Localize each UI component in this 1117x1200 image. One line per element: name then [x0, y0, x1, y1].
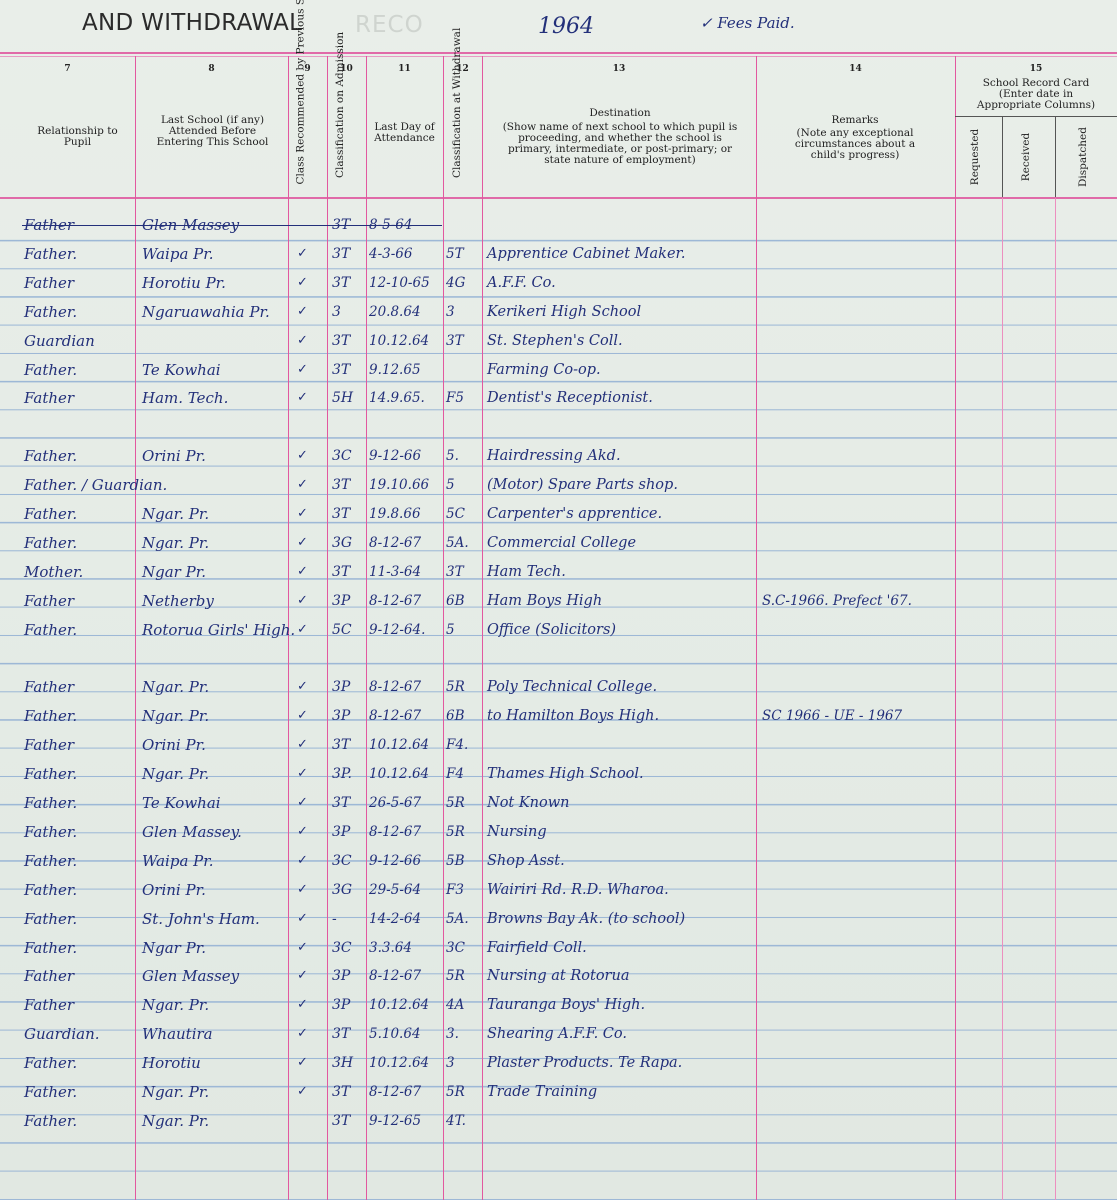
- table-row: Father. St. John's Ham. ✓ - 14-2-64 5A. …: [0, 905, 1117, 933]
- last-day-cell: 10.12.64: [369, 1049, 429, 1077]
- withdrawal-class-cell: 5R: [446, 962, 465, 990]
- class-recommended-check: ✓: [297, 731, 308, 759]
- last-day-cell: 29-5-64: [369, 876, 421, 904]
- admission-class-cell: 3G: [332, 529, 352, 557]
- admission-class-cell: 3C: [332, 934, 352, 962]
- relationship-cell: Father.: [24, 356, 77, 384]
- admission-class-cell: 3P: [332, 962, 350, 990]
- class-recommended-check: ✓: [297, 876, 308, 904]
- relationship-cell: Father.: [24, 702, 77, 730]
- withdrawal-class-cell: 6B: [446, 702, 465, 730]
- withdrawal-class-cell: 5: [446, 471, 455, 499]
- class-recommended-check: ✓: [297, 934, 308, 962]
- class-recommended-check: ✓: [297, 760, 308, 788]
- class-recommended-check: ✓: [297, 240, 308, 268]
- last-day-cell: 8-12-67: [369, 1078, 421, 1106]
- admission-class-cell: 3H: [332, 1049, 353, 1077]
- withdrawal-class-cell: 4G: [446, 269, 465, 297]
- remarks-cell: SC 1966 - UE - 1967: [762, 702, 902, 730]
- last-school-cell: Ngar. Pr.: [142, 702, 209, 730]
- class-recommended-check: ✓: [297, 962, 308, 990]
- last-school-cell: Te Kowhai: [142, 789, 221, 817]
- last-school-cell: Orini Pr.: [142, 442, 206, 470]
- admission-class-cell: 3C: [332, 442, 352, 470]
- header-classification-withdrawal: Classification at Withdrawal: [452, 86, 476, 178]
- relationship-cell: Father: [24, 587, 74, 615]
- last-school-cell: Ngar. Pr.: [142, 991, 209, 1019]
- last-day-cell: 8-12-67: [369, 673, 421, 701]
- destination-cell: Browns Bay Ak. (to school): [487, 905, 685, 933]
- admission-class-cell: 3: [332, 298, 341, 326]
- admission-class-cell: 3C: [332, 847, 352, 875]
- withdrawal-class-cell: 3T: [446, 558, 464, 586]
- header-dispatched: Dispatched: [1078, 122, 1092, 192]
- class-recommended-check: ✓: [297, 905, 308, 933]
- table-row: Father. Horotiu ✓ 3H 10.12.64 3 Plaster …: [0, 1049, 1117, 1077]
- admission-class-cell: 3P: [332, 587, 350, 615]
- withdrawal-class-cell: 3C: [446, 934, 465, 962]
- withdrawal-class-cell: 5C: [446, 500, 465, 528]
- admission-class-cell: 3T: [332, 500, 350, 528]
- withdrawal-class-cell: 5R: [446, 1078, 465, 1106]
- relationship-cell: Father: [24, 384, 74, 412]
- record-card-subdivider: [1002, 117, 1003, 197]
- last-day-cell: 26-5-67: [369, 789, 421, 817]
- destination-cell: Commercial College: [487, 529, 636, 557]
- last-school-cell: Waipa Pr.: [142, 847, 214, 875]
- relationship-cell: Father.: [24, 818, 77, 846]
- admission-class-cell: 3T: [332, 269, 350, 297]
- last-school-cell: Orini Pr.: [142, 731, 206, 759]
- remarks-cell: S.C-1966. Prefect '67.: [762, 587, 912, 615]
- last-school-cell: Ngaruawahia Pr.: [142, 298, 270, 326]
- last-day-cell: 19.10.66: [369, 471, 429, 499]
- admission-class-cell: 3T: [332, 558, 350, 586]
- destination-cell: Farming Co-op.: [487, 356, 601, 384]
- last-school-cell: Glen Massey.: [142, 818, 242, 846]
- relationship-cell: Father.: [24, 847, 77, 875]
- withdrawal-class-cell: 6B: [446, 587, 465, 615]
- table-row: Father. Waipa Pr. ✓ 3C 9-12-66 5B Shop A…: [0, 847, 1117, 875]
- admission-class-cell: 3P: [332, 702, 350, 730]
- last-school-cell: Ham. Tech.: [142, 384, 228, 412]
- last-school-cell: St. John's Ham.: [142, 905, 260, 933]
- class-recommended-check: ✓: [297, 702, 308, 730]
- last-school-cell: Orini Pr.: [142, 876, 206, 904]
- class-recommended-check: ✓: [297, 991, 308, 1019]
- table-row: Father. Ngaruawahia Pr. ✓ 3 20.8.64 3 Ke…: [0, 298, 1117, 326]
- destination-cell: Ham Tech.: [487, 558, 566, 586]
- header-top-rule-2: [0, 56, 1117, 57]
- admission-class-cell: 3T: [332, 1107, 350, 1135]
- column-number-7: 7: [0, 64, 135, 74]
- ledger-page: AND WITHDRAWAL RECO 1964 ✓ Fees Paid. 7 …: [0, 0, 1117, 1200]
- destination-cell: Office (Solicitors): [487, 616, 616, 644]
- last-day-cell: 3.3.64: [369, 934, 412, 962]
- header-class-recommended: Class Recommended by Previous School: [296, 80, 320, 185]
- table-row: Father Horotiu Pr. ✓ 3T 12-10-65 4G A.F.…: [0, 269, 1117, 297]
- table-row: Father. Waipa Pr. ✓ 3T 4-3-66 5T Apprent…: [0, 240, 1117, 268]
- year-note: 1964: [538, 14, 594, 39]
- relationship-cell: Guardian: [24, 327, 95, 355]
- withdrawal-class-cell: 4T.: [446, 1107, 466, 1135]
- withdrawal-class-cell: F4.: [446, 731, 468, 759]
- relationship-cell: Father: [24, 269, 74, 297]
- record-card-subdivider: [1055, 117, 1056, 197]
- header-remarks: Remarks: [780, 115, 930, 126]
- last-school-cell: Ngar. Pr.: [142, 1078, 209, 1106]
- last-day-cell: 11-3-64: [369, 558, 421, 586]
- last-school-cell: Ngar Pr.: [142, 558, 206, 586]
- destination-cell: Shop Asst.: [487, 847, 565, 875]
- relationship-cell: Mother.: [24, 558, 83, 586]
- relationship-cell: Father.: [24, 240, 77, 268]
- class-recommended-check: ✓: [297, 500, 308, 528]
- last-day-cell: 8-12-67: [369, 962, 421, 990]
- last-school-cell: Ngar Pr.: [142, 934, 206, 962]
- destination-cell: Hairdressing Akd.: [487, 442, 621, 470]
- header-relationship: Relationship to Pupil: [35, 126, 120, 148]
- class-recommended-check: ✓: [297, 1049, 308, 1077]
- table-row: Guardian. Whautira ✓ 3T 5.10.64 3. Shear…: [0, 1020, 1117, 1048]
- table-row: Father Ngar. Pr. ✓ 3P 10.12.64 4A Tauran…: [0, 991, 1117, 1019]
- destination-cell: A.F.F. Co.: [487, 269, 556, 297]
- table-row: Father. Rotorua Girls' High. ✓ 5C 9-12-6…: [0, 616, 1117, 644]
- admission-class-cell: 3T: [332, 471, 350, 499]
- table-row: Father Ngar. Pr. ✓ 3P 8-12-67 5R Poly Te…: [0, 673, 1117, 701]
- withdrawal-class-cell: 5T: [446, 240, 464, 268]
- withdrawal-class-cell: 3: [446, 298, 455, 326]
- class-recommended-check: ✓: [297, 847, 308, 875]
- destination-cell: St. Stephen's Coll.: [487, 327, 623, 355]
- header-last-school: Last School (if any) Attended Before Ent…: [155, 115, 270, 148]
- destination-cell: Ham Boys High: [487, 587, 602, 615]
- withdrawal-class-cell: 4A: [446, 991, 464, 1019]
- admission-class-cell: 3G: [332, 876, 352, 904]
- class-recommended-check: ✓: [297, 616, 308, 644]
- admission-class-cell: 3P: [332, 818, 350, 846]
- destination-cell: Poly Technical College.: [487, 673, 657, 701]
- withdrawal-class-cell: 5R: [446, 789, 465, 817]
- table-row: Father. Orini Pr. ✓ 3C 9-12-66 5. Hairdr…: [0, 442, 1117, 470]
- header-bottom-rule: [0, 197, 1117, 199]
- table-row: Father. / Guardian. ✓ 3T 19.10.66 5 (Mot…: [0, 471, 1117, 499]
- admission-class-cell: 3T: [332, 731, 350, 759]
- last-day-cell: 19.8.66: [369, 500, 421, 528]
- class-recommended-check: ✓: [297, 327, 308, 355]
- column-number-10: 10: [327, 64, 366, 74]
- destination-cell: Kerikeri High School: [487, 298, 641, 326]
- class-recommended-check: ✓: [297, 356, 308, 384]
- relationship-cell: Guardian.: [24, 1020, 100, 1048]
- table-row: Father Ham. Tech. ✓ 5H 14.9.65. F5 Denti…: [0, 384, 1117, 412]
- bleed-through-title: RECO: [355, 12, 424, 38]
- destination-cell: Dentist's Receptionist.: [487, 384, 653, 412]
- last-school-cell: Whautira: [142, 1020, 213, 1048]
- destination-cell: Nursing: [487, 818, 547, 846]
- table-row: Father Glen Massey ✓ 3P 8-12-67 5R Nursi…: [0, 962, 1117, 990]
- last-day-cell: 8-12-67: [369, 587, 421, 615]
- last-day-cell: 10.12.64: [369, 991, 429, 1019]
- admission-class-cell: 5H: [332, 384, 353, 412]
- last-school-cell: Ngar. Pr.: [142, 673, 209, 701]
- last-school-cell: Horotiu Pr.: [142, 269, 226, 297]
- table-row: Father. Ngar. Pr. ✓ 3T 19.8.66 5C Carpen…: [0, 500, 1117, 528]
- column-number-8: 8: [135, 64, 288, 74]
- relationship-cell: Father. / Guardian.: [24, 471, 167, 499]
- header-destination-note: (Show name of next school to which pupil…: [495, 122, 745, 166]
- class-recommended-check: ✓: [297, 298, 308, 326]
- destination-cell: Nursing at Rotorua: [487, 962, 629, 990]
- relationship-cell: Father.: [24, 1107, 77, 1135]
- class-recommended-check: ✓: [297, 673, 308, 701]
- relationship-cell: Father: [24, 962, 74, 990]
- relationship-cell: Father.: [24, 500, 77, 528]
- destination-cell: Trade Training: [487, 1078, 597, 1106]
- destination-cell: Not Known: [487, 789, 570, 817]
- withdrawal-class-cell: F4: [446, 760, 464, 788]
- class-recommended-check: ✓: [297, 471, 308, 499]
- column-number-13: 13: [482, 64, 756, 74]
- table-row: Father. Orini Pr. ✓ 3G 29-5-64 F3 Wairir…: [0, 876, 1117, 904]
- column-number-14: 14: [756, 64, 955, 74]
- admission-class-cell: -: [332, 905, 337, 933]
- destination-cell: Thames High School.: [487, 760, 644, 788]
- withdrawal-class-cell: 3: [446, 1049, 455, 1077]
- header-last-day: Last Day of Attendance: [372, 122, 437, 144]
- table-row: Father. Ngar. Pr. ✓ 3G 8-12-67 5A. Comme…: [0, 529, 1117, 557]
- class-recommended-check: ✓: [297, 558, 308, 586]
- last-day-cell: 5.10.64: [369, 1020, 421, 1048]
- destination-cell: (Motor) Spare Parts shop.: [487, 471, 678, 499]
- record-card-subheader-rule: [955, 116, 1117, 117]
- relationship-cell: Father.: [24, 298, 77, 326]
- relationship-cell: Father.: [24, 876, 77, 904]
- withdrawal-class-cell: 5R: [446, 673, 465, 701]
- table-row: Father. Te Kowhai ✓ 3T 9.12.65 Farming C…: [0, 356, 1117, 384]
- class-recommended-check: ✓: [297, 442, 308, 470]
- table-row: Father. Ngar. Pr. ✓ 3T 8-12-67 5R Trade …: [0, 1078, 1117, 1106]
- admission-class-cell: 3P.: [332, 760, 352, 788]
- admission-class-cell: 3P: [332, 991, 350, 1019]
- column-number-15: 15: [955, 64, 1117, 74]
- header-received: Received: [1021, 122, 1035, 192]
- withdrawal-class-cell: F3: [446, 876, 464, 904]
- relationship-cell: Father: [24, 731, 74, 759]
- last-day-cell: 8-12-67: [369, 702, 421, 730]
- table-row: Father Glen Massey 3T 8-5-64: [0, 211, 1117, 239]
- last-school-cell: Glen Massey: [142, 962, 239, 990]
- last-school-cell: Ngar. Pr.: [142, 1107, 209, 1135]
- admission-class-cell: 3T: [332, 789, 350, 817]
- last-day-cell: 9-12-66: [369, 442, 421, 470]
- destination-cell: Apprentice Cabinet Maker.: [487, 240, 685, 268]
- admission-class-cell: 3P: [332, 673, 350, 701]
- header-destination: Destination: [495, 108, 745, 119]
- relationship-cell: Father.: [24, 789, 77, 817]
- destination-cell: to Hamilton Boys High.: [487, 702, 659, 730]
- destination-cell: Fairfield Coll.: [487, 934, 587, 962]
- withdrawal-class-cell: 5B: [446, 847, 465, 875]
- last-school-cell: Horotiu: [142, 1049, 201, 1077]
- class-recommended-check: ✓: [297, 529, 308, 557]
- table-row: Father. Ngar. Pr. ✓ 3P 8-12-67 6B to Ham…: [0, 702, 1117, 730]
- table-row: Father Orini Pr. ✓ 3T 10.12.64 F4.: [0, 731, 1117, 759]
- withdrawal-class-cell: 5R: [446, 818, 465, 846]
- relationship-cell: Father.: [24, 760, 77, 788]
- admission-class-cell: 3T: [332, 240, 350, 268]
- last-day-cell: 9.12.65: [369, 356, 421, 384]
- header-classification-admission: Classification on Admission: [335, 86, 359, 178]
- relationship-cell: Father: [24, 673, 74, 701]
- table-row: Father. Ngar. Pr. 3T 9-12-65 4T.: [0, 1107, 1117, 1135]
- last-day-cell: 4-3-66: [369, 240, 412, 268]
- class-recommended-check: ✓: [297, 587, 308, 615]
- class-recommended-check: ✓: [297, 789, 308, 817]
- class-recommended-check: ✓: [297, 1078, 308, 1106]
- destination-cell: Tauranga Boys' High.: [487, 991, 645, 1019]
- class-recommended-check: ✓: [297, 384, 308, 412]
- admission-class-cell: 5C: [332, 616, 352, 644]
- header-record-card-note: (Enter date in Appropriate Columns): [968, 89, 1104, 111]
- header-requested: Requested: [970, 122, 984, 192]
- last-day-cell: 9-12-65: [369, 1107, 421, 1135]
- relationship-cell: Father.: [24, 616, 77, 644]
- last-day-cell: 14.9.65.: [369, 384, 425, 412]
- last-school-cell: Netherby: [142, 587, 214, 615]
- table-row: Father. Glen Massey. ✓ 3P 8-12-67 5R Nur…: [0, 818, 1117, 846]
- admission-class-cell: 3T: [332, 1078, 350, 1106]
- withdrawal-class-cell: 3T: [446, 327, 464, 355]
- table-row: Guardian ✓ 3T 10.12.64 3T St. Stephen's …: [0, 327, 1117, 355]
- destination-cell: Plaster Products. Te Rapa.: [487, 1049, 682, 1077]
- table-row: Mother. Ngar Pr. ✓ 3T 11-3-64 3T Ham Tec…: [0, 558, 1117, 586]
- withdrawal-class-cell: 5A.: [446, 529, 469, 557]
- fees-paid-note: ✓ Fees Paid.: [700, 14, 795, 32]
- last-day-cell: 20.8.64: [369, 298, 421, 326]
- class-recommended-check: ✓: [297, 818, 308, 846]
- last-school-cell: Te Kowhai: [142, 356, 221, 384]
- last-day-cell: 9-12-66: [369, 847, 421, 875]
- last-day-cell: 10.12.64: [369, 760, 429, 788]
- admission-class-cell: 3T: [332, 356, 350, 384]
- withdrawal-class-cell: 3.: [446, 1020, 459, 1048]
- destination-cell: Wairiri Rd. R.D. Wharoa.: [487, 876, 669, 904]
- last-day-cell: 8-12-67: [369, 818, 421, 846]
- table-row: Father. Te Kowhai ✓ 3T 26-5-67 5R Not Kn…: [0, 789, 1117, 817]
- relationship-cell: Father: [24, 991, 74, 1019]
- strike-through-line: [22, 225, 442, 226]
- header-remarks-note: (Note any exceptional circumstances abou…: [780, 128, 930, 161]
- class-recommended-check: ✓: [297, 269, 308, 297]
- relationship-cell: Father.: [24, 442, 77, 470]
- admission-class-cell: 3T: [332, 1020, 350, 1048]
- header-top-rule: [0, 52, 1117, 54]
- last-day-cell: 9-12-64.: [369, 616, 425, 644]
- relationship-cell: Father.: [24, 934, 77, 962]
- destination-cell: Shearing A.F.F. Co.: [487, 1020, 627, 1048]
- withdrawal-class-cell: F5: [446, 384, 464, 412]
- table-row: [0, 645, 1117, 673]
- last-day-cell: 10.12.64: [369, 327, 429, 355]
- withdrawal-class-cell: 5A.: [446, 905, 469, 933]
- last-day-cell: 14-2-64: [369, 905, 421, 933]
- admission-class-cell: 3T: [332, 327, 350, 355]
- page-title: AND WITHDRAWAL: [82, 10, 302, 36]
- last-day-cell: 12-10-65: [369, 269, 430, 297]
- last-school-cell: Ngar. Pr.: [142, 500, 209, 528]
- table-row: Father Netherby ✓ 3P 8-12-67 6B Ham Boys…: [0, 587, 1117, 615]
- table-row: Father. Ngar. Pr. ✓ 3P. 10.12.64 F4 Tham…: [0, 760, 1117, 788]
- destination-cell: Carpenter's apprentice.: [487, 500, 662, 528]
- last-day-cell: 8-12-67: [369, 529, 421, 557]
- table-row: [0, 413, 1117, 441]
- last-day-cell: 10.12.64: [369, 731, 429, 759]
- last-school-cell: Waipa Pr.: [142, 240, 214, 268]
- last-school-cell: Ngar. Pr.: [142, 529, 209, 557]
- column-number-11: 11: [366, 64, 443, 74]
- withdrawal-class-cell: 5.: [446, 442, 459, 470]
- relationship-cell: Father.: [24, 529, 77, 557]
- withdrawal-class-cell: 5: [446, 616, 455, 644]
- relationship-cell: Father.: [24, 1049, 77, 1077]
- last-school-cell: Ngar. Pr.: [142, 760, 209, 788]
- table-row: Father. Ngar Pr. ✓ 3C 3.3.64 3C Fairfiel…: [0, 934, 1117, 962]
- relationship-cell: Father.: [24, 1078, 77, 1106]
- relationship-cell: Father.: [24, 905, 77, 933]
- class-recommended-check: ✓: [297, 1020, 308, 1048]
- last-school-cell: Rotorua Girls' High.: [142, 616, 295, 644]
